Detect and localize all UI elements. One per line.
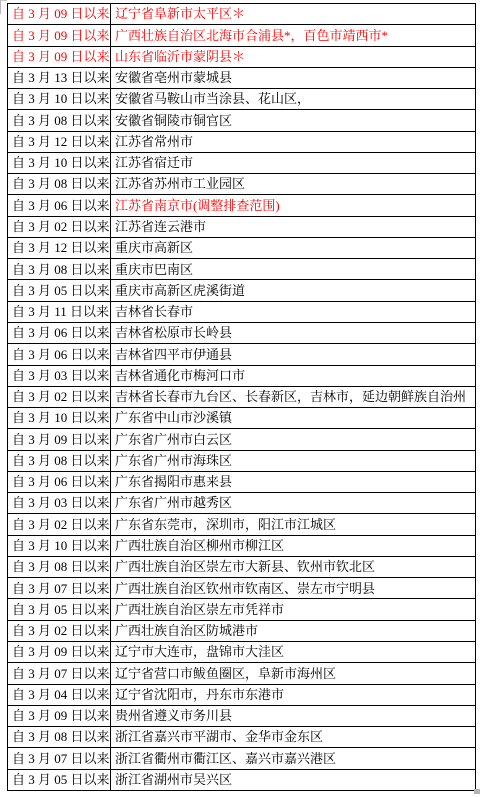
table-row: 自 3 月 09 日以来辽宁市大连市，盘锦市大洼区 (8, 641, 476, 662)
date-cell[interactable]: 自 3 月 05 日以来 (8, 280, 111, 301)
date-cell[interactable]: 自 3 月 09 日以来 (8, 46, 111, 67)
date-cell[interactable]: 自 3 月 03 日以来 (8, 493, 111, 514)
region-cell[interactable]: 广西壮族自治区崇左市大新县、钦州市钦北区 (111, 556, 476, 577)
region-cell[interactable]: 广西壮族自治区北海市合浦县*，百色市靖西市* (111, 25, 476, 46)
table-row: 自 3 月 07 日以来广西壮族自治区钦州市钦南区、崇左市宁明县 (8, 578, 476, 599)
region-cell[interactable]: 安徽省铜陵市铜官区 (111, 110, 476, 131)
table-row: 自 3 月 09 日以来广西壮族自治区北海市合浦县*，百色市靖西市* (8, 25, 476, 46)
table-row: 自 3 月 12 日以来重庆市高新区 (8, 237, 476, 258)
date-cell[interactable]: 自 3 月 08 日以来 (8, 259, 111, 280)
table-row: 自 3 月 11 日以来吉林省长春市 (8, 301, 476, 322)
region-cell[interactable]: 安徽省马鞍山市当涂县、花山区， (111, 89, 476, 110)
table-move-handle[interactable] (0, 0, 7, 14)
region-table: 自 3 月 09 日以来辽宁省阜新市太平区＊自 3 月 09 日以来广西壮族自治… (7, 3, 476, 791)
table-row: 自 3 月 02 日以来广东省东莞市，深圳市，阳江市江城区 (8, 514, 476, 535)
date-cell[interactable]: 自 3 月 09 日以来 (8, 25, 111, 46)
table-row: 自 3 月 09 日以来辽宁省阜新市太平区＊ (8, 4, 476, 25)
region-cell[interactable]: 江苏省苏州市工业园区 (111, 174, 476, 195)
date-cell[interactable]: 自 3 月 10 日以来 (8, 152, 111, 173)
region-table-body: 自 3 月 09 日以来辽宁省阜新市太平区＊自 3 月 09 日以来广西壮族自治… (8, 4, 476, 791)
date-cell[interactable]: 自 3 月 13 日以来 (8, 67, 111, 88)
table-row: 自 3 月 09 日以来广东省广州市白云区 (8, 429, 476, 450)
date-cell[interactable]: 自 3 月 08 日以来 (8, 556, 111, 577)
table-row: 自 3 月 10 日以来广西壮族自治区柳州市柳江区 (8, 535, 476, 556)
region-cell[interactable]: 江苏省连云港市 (111, 216, 476, 237)
table-row: 自 3 月 02 日以来广西壮族自治区防城港市 (8, 620, 476, 641)
table-row: 自 3 月 13 日以来安徽省亳州市蒙城县 (8, 67, 476, 88)
date-cell[interactable]: 自 3 月 12 日以来 (8, 237, 111, 258)
table-row: 自 3 月 08 日以来浙江省嘉兴市平湖市、金华市金东区 (8, 727, 476, 748)
table-row: 自 3 月 09 日以来贵州省遵义市务川县 (8, 705, 476, 726)
region-cell[interactable]: 吉林省四平市伊通县 (111, 344, 476, 365)
region-cell[interactable]: 浙江省湖州市吴兴区 (111, 769, 476, 790)
date-cell[interactable]: 自 3 月 02 日以来 (8, 216, 111, 237)
table-row: 自 3 月 08 日以来安徽省铜陵市铜官区 (8, 110, 476, 131)
region-cell[interactable]: 吉林省长春市九台区、长春新区，吉林市，延边朝鲜族自治州 (111, 386, 476, 407)
region-cell[interactable]: 广东省东莞市，深圳市，阳江市江城区 (111, 514, 476, 535)
table-row: 自 3 月 02 日以来江苏省连云港市 (8, 216, 476, 237)
table-row: 自 3 月 02 日以来吉林省长春市九台区、长春新区，吉林市，延边朝鲜族自治州 (8, 386, 476, 407)
date-cell[interactable]: 自 3 月 08 日以来 (8, 727, 111, 748)
table-row: 自 3 月 06 日以来吉林省四平市伊通县 (8, 344, 476, 365)
table-row: 自 3 月 06 日以来广东省揭阳市惠来县 (8, 471, 476, 492)
region-cell[interactable]: 贵州省遵义市务川县 (111, 705, 476, 726)
region-cell[interactable]: 辽宁市大连市，盘锦市大洼区 (111, 641, 476, 662)
date-cell[interactable]: 自 3 月 07 日以来 (8, 578, 111, 599)
table-row: 自 3 月 10 日以来广东省中山市沙溪镇 (8, 408, 476, 429)
table-row: 自 3 月 05 日以来重庆市高新区虎溪街道 (8, 280, 476, 301)
region-cell[interactable]: 广东省中山市沙溪镇 (111, 408, 476, 429)
date-cell[interactable]: 自 3 月 05 日以来 (8, 599, 111, 620)
region-cell[interactable]: 辽宁省营口市鲅鱼圈区，阜新市海州区 (111, 663, 476, 684)
table-row: 自 3 月 09 日以来山东省临沂市蒙阴县＊ (8, 46, 476, 67)
date-cell[interactable]: 自 3 月 09 日以来 (8, 705, 111, 726)
date-cell[interactable]: 自 3 月 03 日以来 (8, 365, 111, 386)
region-cell[interactable]: 广西壮族自治区防城港市 (111, 620, 476, 641)
region-cell[interactable]: 广西壮族自治区崇左市凭祥市 (111, 599, 476, 620)
table-row: 自 3 月 04 日以来辽宁省沈阳市，丹东市东港市 (8, 684, 476, 705)
date-cell[interactable]: 自 3 月 09 日以来 (8, 429, 111, 450)
table-row: 自 3 月 08 日以来江苏省苏州市工业园区 (8, 174, 476, 195)
table-row: 自 3 月 03 日以来吉林省通化市梅河口市 (8, 365, 476, 386)
date-cell[interactable]: 自 3 月 11 日以来 (8, 301, 111, 322)
region-cell[interactable]: 辽宁省阜新市太平区＊ (111, 4, 476, 25)
region-cell[interactable]: 浙江省嘉兴市平湖市、金华市金东区 (111, 727, 476, 748)
date-cell[interactable]: 自 3 月 06 日以来 (8, 471, 111, 492)
date-cell[interactable]: 自 3 月 06 日以来 (8, 322, 111, 343)
date-cell[interactable]: 自 3 月 10 日以来 (8, 89, 111, 110)
date-cell[interactable]: 自 3 月 12 日以来 (8, 131, 111, 152)
date-cell[interactable]: 自 3 月 06 日以来 (8, 195, 111, 216)
date-cell[interactable]: 自 3 月 06 日以来 (8, 344, 111, 365)
region-cell[interactable]: 吉林省长春市 (111, 301, 476, 322)
table-row: 自 3 月 08 日以来重庆市巴南区 (8, 259, 476, 280)
date-cell[interactable]: 自 3 月 10 日以来 (8, 408, 111, 429)
date-cell[interactable]: 自 3 月 07 日以来 (8, 748, 111, 769)
region-cell[interactable]: 广西壮族自治区柳州市柳江区 (111, 535, 476, 556)
table-row: 自 3 月 08 日以来广东省广州市海珠区 (8, 450, 476, 471)
region-cell[interactable]: 江苏省南京市(调整排查范围) (111, 195, 476, 216)
region-cell[interactable]: 重庆市高新区虎溪街道 (111, 280, 476, 301)
table-row: 自 3 月 03 日以来广东省广州市越秀区 (8, 493, 476, 514)
region-cell[interactable]: 吉林省通化市梅河口市 (111, 365, 476, 386)
region-cell[interactable]: 广东省广州市海珠区 (111, 450, 476, 471)
region-cell[interactable]: 辽宁省沈阳市，丹东市东港市 (111, 684, 476, 705)
table-row: 自 3 月 10 日以来江苏省宿迁市 (8, 152, 476, 173)
region-cell[interactable]: 广东省揭阳市惠来县 (111, 471, 476, 492)
table-resize-handle[interactable] (474, 789, 480, 794)
region-cell[interactable]: 浙江省衢州市衢江区、嘉兴市嘉兴港区 (111, 748, 476, 769)
date-cell[interactable]: 自 3 月 10 日以来 (8, 535, 111, 556)
table-row: 自 3 月 07 日以来浙江省衢州市衢江区、嘉兴市嘉兴港区 (8, 748, 476, 769)
region-cell[interactable]: 安徽省亳州市蒙城县 (111, 67, 476, 88)
table-row: 自 3 月 05 日以来广西壮族自治区崇左市凭祥市 (8, 599, 476, 620)
region-cell[interactable]: 山东省临沂市蒙阴县＊ (111, 46, 476, 67)
region-cell[interactable]: 重庆市巴南区 (111, 259, 476, 280)
date-cell[interactable]: 自 3 月 08 日以来 (8, 450, 111, 471)
region-cell[interactable]: 广东省广州市白云区 (111, 429, 476, 450)
date-cell[interactable]: 自 3 月 08 日以来 (8, 110, 111, 131)
region-cell[interactable]: 吉林省松原市长岭县 (111, 322, 476, 343)
region-cell[interactable]: 江苏省常州市 (111, 131, 476, 152)
date-cell[interactable]: 自 3 月 09 日以来 (8, 4, 111, 25)
table-row: 自 3 月 06 日以来吉林省松原市长岭县 (8, 322, 476, 343)
date-cell[interactable]: 自 3 月 02 日以来 (8, 386, 111, 407)
date-cell[interactable]: 自 3 月 08 日以来 (8, 174, 111, 195)
date-cell[interactable]: 自 3 月 02 日以来 (8, 620, 111, 641)
table-row: 自 3 月 06 日以来江苏省南京市(调整排查范围) (8, 195, 476, 216)
date-cell[interactable]: 自 3 月 02 日以来 (8, 514, 111, 535)
table-row: 自 3 月 08 日以来广西壮族自治区崇左市大新县、钦州市钦北区 (8, 556, 476, 577)
date-cell[interactable]: 自 3 月 04 日以来 (8, 684, 111, 705)
table-row: 自 3 月 05 日以来浙江省湖州市吴兴区 (8, 769, 476, 790)
table-row: 自 3 月 10 日以来安徽省马鞍山市当涂县、花山区， (8, 89, 476, 110)
table-row: 自 3 月 07 日以来辽宁省营口市鲅鱼圈区，阜新市海州区 (8, 663, 476, 684)
region-cell[interactable]: 重庆市高新区 (111, 237, 476, 258)
region-cell[interactable]: 江苏省宿迁市 (111, 152, 476, 173)
date-cell[interactable]: 自 3 月 07 日以来 (8, 663, 111, 684)
region-cell[interactable]: 广西壮族自治区钦州市钦南区、崇左市宁明县 (111, 578, 476, 599)
table-row: 自 3 月 12 日以来江苏省常州市 (8, 131, 476, 152)
region-cell[interactable]: 广东省广州市越秀区 (111, 493, 476, 514)
date-cell[interactable]: 自 3 月 05 日以来 (8, 769, 111, 790)
date-cell[interactable]: 自 3 月 09 日以来 (8, 641, 111, 662)
